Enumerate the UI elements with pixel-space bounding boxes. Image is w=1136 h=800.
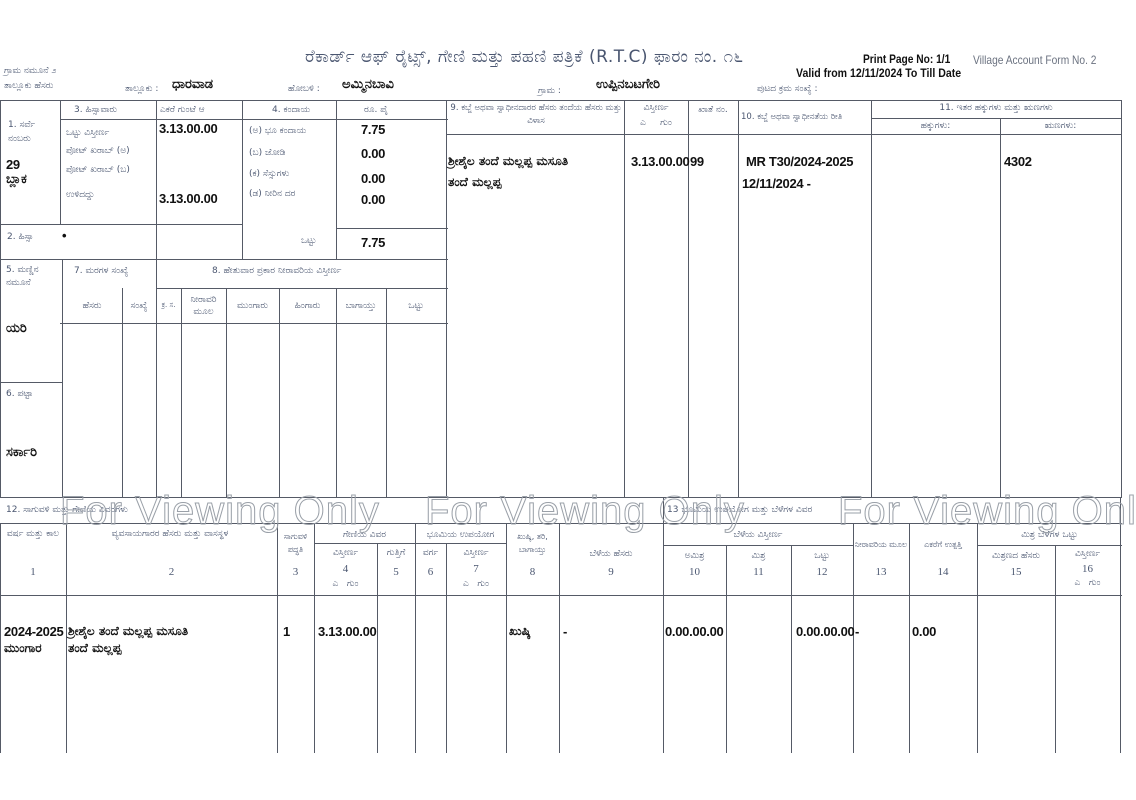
column-number: 5 xyxy=(377,566,415,578)
rights-header: ಹಕ್ಕುಗಳು: xyxy=(871,121,1000,131)
khata-number: 99 xyxy=(690,154,704,169)
area-row-label: ಪೋಟ್ ಖರಾಬ್ (ಅ) xyxy=(66,146,130,156)
tax-row-label: (ಬ) ಜೋಡಿ xyxy=(249,148,285,158)
subheader: ಮುಂಗಾರು xyxy=(226,301,279,311)
header-landuse-area: ವಿಸ್ತೀರ್ಣ xyxy=(446,548,506,558)
area-row-label: ಉಳಿದದ್ದು xyxy=(66,190,95,200)
row-total-area: 0.00.00.00 xyxy=(796,624,854,639)
owner-header: 9. ಕಬ್ಜೆ ಅಥವಾ ಸ್ವಾಧೀನದಾರರ ಹೆಸರು ತಂದೆಯ ಹೆ… xyxy=(448,102,624,128)
column-number: 7 xyxy=(446,563,506,575)
owner-name-line2: ತಂದೆ ಮಲ್ಲಪ್ಪ xyxy=(448,175,501,190)
header-class: ವರ್ಗ xyxy=(415,548,446,558)
possession-header: 10. ಕಬ್ಜೆ ಅಥವಾ ಸ್ವಾಧೀನತೆಯ ರೀತಿ xyxy=(741,112,842,122)
header-mixed-area: ವಿಸ್ತೀರ್ಣ xyxy=(1055,549,1120,559)
page-title: ರೆಕಾರ್ಡ್ ಆಫ್ ರೈಟ್ಸ್, ಗೇಣಿ ಮತ್ತು ಪಹಣಿ ಪತ್… xyxy=(305,47,744,67)
village-value: ಉಪ್ಪಿನಬಟಗೇರಿ xyxy=(596,77,660,92)
area-header: ಎಕರೆ ಗುಂಟೆ ಆ xyxy=(160,105,205,115)
tax-row-label: (ಕ) ಸೆಸ್ಸುಗಳು xyxy=(249,169,289,179)
print-page-number: Print Page No: 1/1 xyxy=(863,52,950,66)
header-mixed: ಮಿಶ್ರ xyxy=(726,551,791,561)
survey-number-label: 1. ಸರ್ವೆ ನಂಬರು xyxy=(8,118,56,146)
irrigation-header: 8. ಹೇತುವಾರ ಪ್ರಕಾರ ನೀರಾವರಿಯ ವಿಸ್ತೀರ್ಣ xyxy=(212,266,341,276)
taluk-name-label: ತಾಲ್ಲೂಕು ಹೆಸರು xyxy=(4,81,53,91)
hissa-label: 2. ಹಿಸ್ಸಾ xyxy=(7,232,33,242)
column-number: 10 xyxy=(663,566,726,578)
subheader: ನೀರಾವರಿ ಮೂಲ xyxy=(181,294,226,318)
village-account-form: Village Account Form No. 2 xyxy=(973,53,1096,67)
tax-row-value: 7.75 xyxy=(361,122,385,137)
column-number: 3 xyxy=(277,566,314,578)
row-cultivator: ಶ್ರೀಶೈಲ ತಂದೆ ಮಲ್ಲಪ್ಪ ಮಸೂತಿ xyxy=(68,624,188,639)
header-year-season: ವರ್ಷ ಮತ್ತು ಕಾಲ xyxy=(0,528,66,541)
tenure-value: ಸರ್ಕಾರಿ xyxy=(6,445,37,460)
column-number: 13 xyxy=(853,566,909,578)
soil-type-value: ಯರಿ xyxy=(6,321,27,336)
column-number: 8 xyxy=(506,566,559,578)
trees-header: 7. ಮರಗಳ ಸಂಖ್ಯೆ xyxy=(74,266,128,276)
total-value: 7.75 xyxy=(361,235,385,250)
header-crop-name: ಬೆಳೆಯ ಹೆಸರು xyxy=(559,549,663,559)
subheader: ಹೆಸರು xyxy=(62,301,122,311)
area-row-label: ಒಟ್ಟು ವಿಸ್ತೀರ್ಣ xyxy=(66,128,109,138)
row-area: 3.13.00.00 xyxy=(318,624,376,639)
header-total: ಒಟ್ಟು xyxy=(791,551,853,561)
col4-header: 4. ಕಂದಾಯ xyxy=(272,105,310,115)
tax-row-value: 0.00 xyxy=(361,171,385,186)
subheader: ಬಾಗಾಯ್ತು xyxy=(336,301,386,311)
subheader: ಸಂಖ್ಯೆ xyxy=(122,301,156,311)
mutation-reference: MR T30/2024-2025 xyxy=(746,154,853,169)
tenure-label: 6. ಪಟ್ಟಾ xyxy=(6,389,33,399)
validity-text: Valid from 12/11/2024 To Till Date xyxy=(796,66,961,80)
column-number: 2 xyxy=(66,566,277,578)
header-pure: ಅಮಿಶ್ರ xyxy=(663,551,726,561)
tax-row-value: 0.00 xyxy=(361,192,385,207)
village-label: ಗ್ರಾಮ : xyxy=(538,86,561,96)
row-season: ಮುಂಗಾರ xyxy=(4,641,42,656)
total-label: ಒಟ್ಟು xyxy=(301,236,316,246)
hobli-value: ಅಮ್ಮಿನಬಾವಿ xyxy=(342,77,394,92)
liabilities-value: 4302 xyxy=(1004,154,1032,169)
column-number: 6 xyxy=(415,566,446,578)
watermark: For Viewing Only xyxy=(425,489,745,534)
row-crop-name: - xyxy=(563,624,567,639)
column-number: 15 xyxy=(977,566,1055,578)
header-lease: ಗುತ್ತಿಗೆ xyxy=(377,548,415,558)
column-number: 1 xyxy=(0,566,66,578)
owner-area-unit: ಎ ಗುಂ xyxy=(624,118,688,128)
subheader: ಹಿಂಗಾರು xyxy=(279,301,336,311)
row-cultivator-line2: ತಂದೆ ಮಲ್ಲಪ್ಪ xyxy=(68,641,121,656)
subheader: ಕ್ರ. ಸ. xyxy=(156,301,181,310)
rights-liabilities-header: 11. ಇತರ ಹಕ್ಕುಗಳು ಮತ್ತು ಋಣಗಳು xyxy=(871,103,1121,113)
owner-area-header: ವಿಸ್ತೀರ್ಣ xyxy=(624,103,688,113)
page-serial-label: ಪುಟದ ಕ್ರಮ ಸಂಖ್ಯೆ : xyxy=(757,84,818,94)
unit-label: ಎ ಗುಂ xyxy=(314,579,377,589)
tax-row-label: (ಡ) ನೀರಿನ ದರ xyxy=(249,189,295,199)
khata-header: ಖಾತೆ ನಂ. xyxy=(692,103,734,117)
header-tenancy-area: ವಿಸ್ತೀರ್ಣ xyxy=(314,548,377,558)
unit-label: ಎ ಗುಂ xyxy=(1055,578,1120,588)
hobli-label: ಹೋಬಳಿ : xyxy=(288,84,320,94)
area-row-value: 3.13.00.00 xyxy=(159,121,217,136)
rs-header: ರೂ. ಪೈ xyxy=(364,105,388,115)
row-yield: 0.00 xyxy=(912,624,936,639)
col3-header: 3. ಹಿಸ್ಸಾವಾರು xyxy=(74,105,117,115)
column-number: 11 xyxy=(726,566,791,578)
survey-block: ಬ್ಲಾಕ xyxy=(6,172,27,187)
header-irrigation-source: ನೀರಾವರಿಯ ಮೂಲ xyxy=(853,538,909,552)
header-mixture-name: ಮಿಶ್ರಣದ ಹೆಸರು xyxy=(977,551,1055,561)
column-number: 4 xyxy=(314,563,377,575)
column-number: 12 xyxy=(791,566,853,578)
header-yield: ಎಕರೆಗೆ ಉತ್ಪತ್ತಿ xyxy=(909,538,977,552)
survey-number: 29 xyxy=(6,157,20,172)
hissa-value: • xyxy=(62,228,66,243)
row-pure-area: 0.00.00.00 xyxy=(665,624,723,639)
tax-row-label: (ಅ) ಭೂ ಕಂದಾಯ xyxy=(249,126,306,136)
column-number: 9 xyxy=(559,566,663,578)
liabilities-header: ಋಣಗಳು: xyxy=(1000,121,1121,131)
row-land-type: ಖುಷ್ಕಿ xyxy=(509,624,531,639)
form-label: ಗ್ರಾಮ ನಮೂನೆ ೨ xyxy=(4,66,56,76)
watermark: For Viewing Only xyxy=(60,489,380,534)
watermark: For Viewing Only xyxy=(838,489,1136,534)
area-row-label: ಪೋಟ್ ಖರಾಬ್ (ಬ) xyxy=(66,165,130,175)
mutation-date: 12/11/2024 - xyxy=(742,176,811,191)
unit-label: ಎ ಗುಂ xyxy=(446,579,506,589)
area-row-value: 3.13.00.00 xyxy=(159,191,217,206)
row-year: 2024-2025 xyxy=(4,624,63,639)
column-number: 14 xyxy=(909,566,977,578)
owner-area: 3.13.00.00 xyxy=(631,154,689,169)
tax-row-value: 0.00 xyxy=(361,146,385,161)
soil-type-label: 5. ಮಣ್ಣಿನ ನಮೂನೆ xyxy=(6,264,58,290)
taluk-value: ಧಾರವಾಡ xyxy=(172,77,213,92)
owner-name: ಶ್ರೀಶೈಲ ತಂದೆ ಮಲ್ಲಪ್ಪ ಮಸೂತಿ xyxy=(448,154,568,169)
subheader: ಒಟ್ಟು xyxy=(386,301,446,311)
row-irrigation-source: - xyxy=(855,624,859,639)
column-number: 16 xyxy=(1055,563,1120,575)
taluk-label: ತಾಲ್ಲೂಕು : xyxy=(125,84,158,94)
row-method: 1 xyxy=(283,624,290,639)
